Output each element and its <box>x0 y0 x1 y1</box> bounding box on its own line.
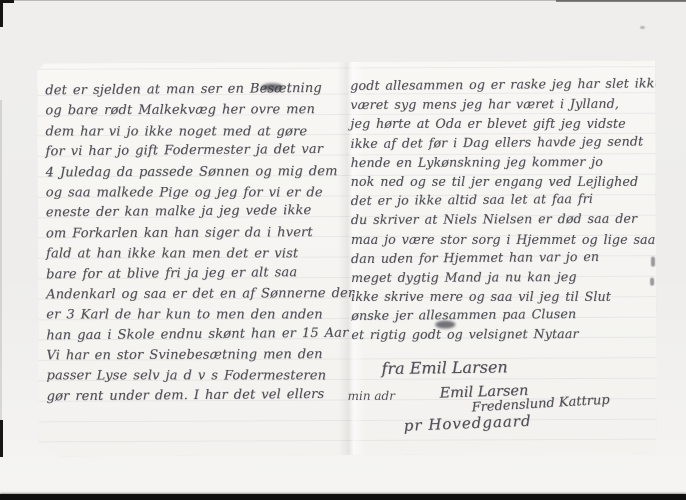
handwritten-line: eneste der kan malke ja jeg vede ikke <box>46 201 346 224</box>
handwritten-line: meget dygtig Mand ja nu kan jeg <box>351 267 653 288</box>
handwritten-line: han gaa i Skole endnu skønt han er 15 Aa… <box>46 323 346 346</box>
scanned-letter: det er sjelden at man ser en Besætningog… <box>0 0 686 500</box>
address-label: min adr <box>348 388 395 402</box>
handwritten-line: godt allesammen og er raske jeg har slet… <box>350 73 652 95</box>
handwritten-line: bare for at blive fri ja jeg er alt saa <box>46 262 346 285</box>
handwritten-line: det er sjelden at man ser en Besætning <box>45 79 345 102</box>
scanner-corner-mark <box>0 0 3 27</box>
handwritten-line: for vi har jo gift Fodermester ja det va… <box>45 140 345 163</box>
handwritten-line: 4 Juledag da passede Sønnen og mig dem <box>46 162 346 184</box>
handwritten-line: det er jo ikke altid saa let at faa fri <box>351 188 653 210</box>
address-block: min adr Emil Larsen Fredenslund Kattrup … <box>352 384 654 465</box>
scanner-edge-left-mark <box>0 420 3 457</box>
handwritten-line: et rigtig godt og velsignet Nytaar <box>351 324 653 345</box>
handwritten-line: dan uden for Hjemmet han var jo en <box>351 246 653 268</box>
dust-speck <box>640 26 645 29</box>
handwritten-line: og bare rødt Malkekvæg her ovre men <box>45 100 345 122</box>
scanner-edge-top-right <box>556 0 686 2</box>
scanner-corner-mark <box>0 0 14 3</box>
handwritten-line: jeg hørte at Oda er blevet gift jeg vids… <box>350 114 652 133</box>
handwritten-line: gør rent under dem. I har det vel ellers <box>47 385 347 408</box>
ink-smudge <box>261 83 283 91</box>
ink-smudge <box>435 321 455 329</box>
handwritten-line: været syg mens jeg har været i Jylland, <box>350 94 652 115</box>
page-edge-mark <box>651 257 655 267</box>
scanner-edge-bottom-bar <box>0 494 686 500</box>
handwritten-line: hende en Lykønskning jeg kommer jo <box>351 151 653 172</box>
handwritten-line: Andenkarl og saa er det en af Sønnerne d… <box>46 284 346 306</box>
handwritten-line: ikke af det før i Dag ellers havde jeg s… <box>350 131 652 153</box>
scanner-edge-left-line <box>0 100 2 420</box>
handwritten-line: ønske jer allesammen paa Clusen <box>351 304 653 326</box>
closing-signature: fra Emil Larsen <box>381 355 653 378</box>
letter-page-left: det er sjelden at man ser en Besætningog… <box>45 80 346 408</box>
handwritten-line: Vi har en stor Svinebesætning men den <box>46 345 346 367</box>
page-right-lines: godt allesammen og er raske jeg har slet… <box>350 75 653 345</box>
handwritten-line: om Forkarlen kan han siger da i hvert <box>46 223 346 245</box>
page-left-lines: det er sjelden at man ser en Besætningog… <box>45 80 346 408</box>
letter-page-right: godt allesammen og er raske jeg har slet… <box>350 75 654 466</box>
letter-sheet: det er sjelden at man ser en Besætningog… <box>37 61 657 457</box>
handwritten-line: fald at han ikke kan men det er vist <box>46 244 346 264</box>
handwritten-line: er 3 Karl de har kun to men den anden <box>46 306 346 326</box>
handwritten-line: du skriver at Niels Nielsen er død saa d… <box>351 209 653 230</box>
page-edge-mark <box>650 278 654 286</box>
